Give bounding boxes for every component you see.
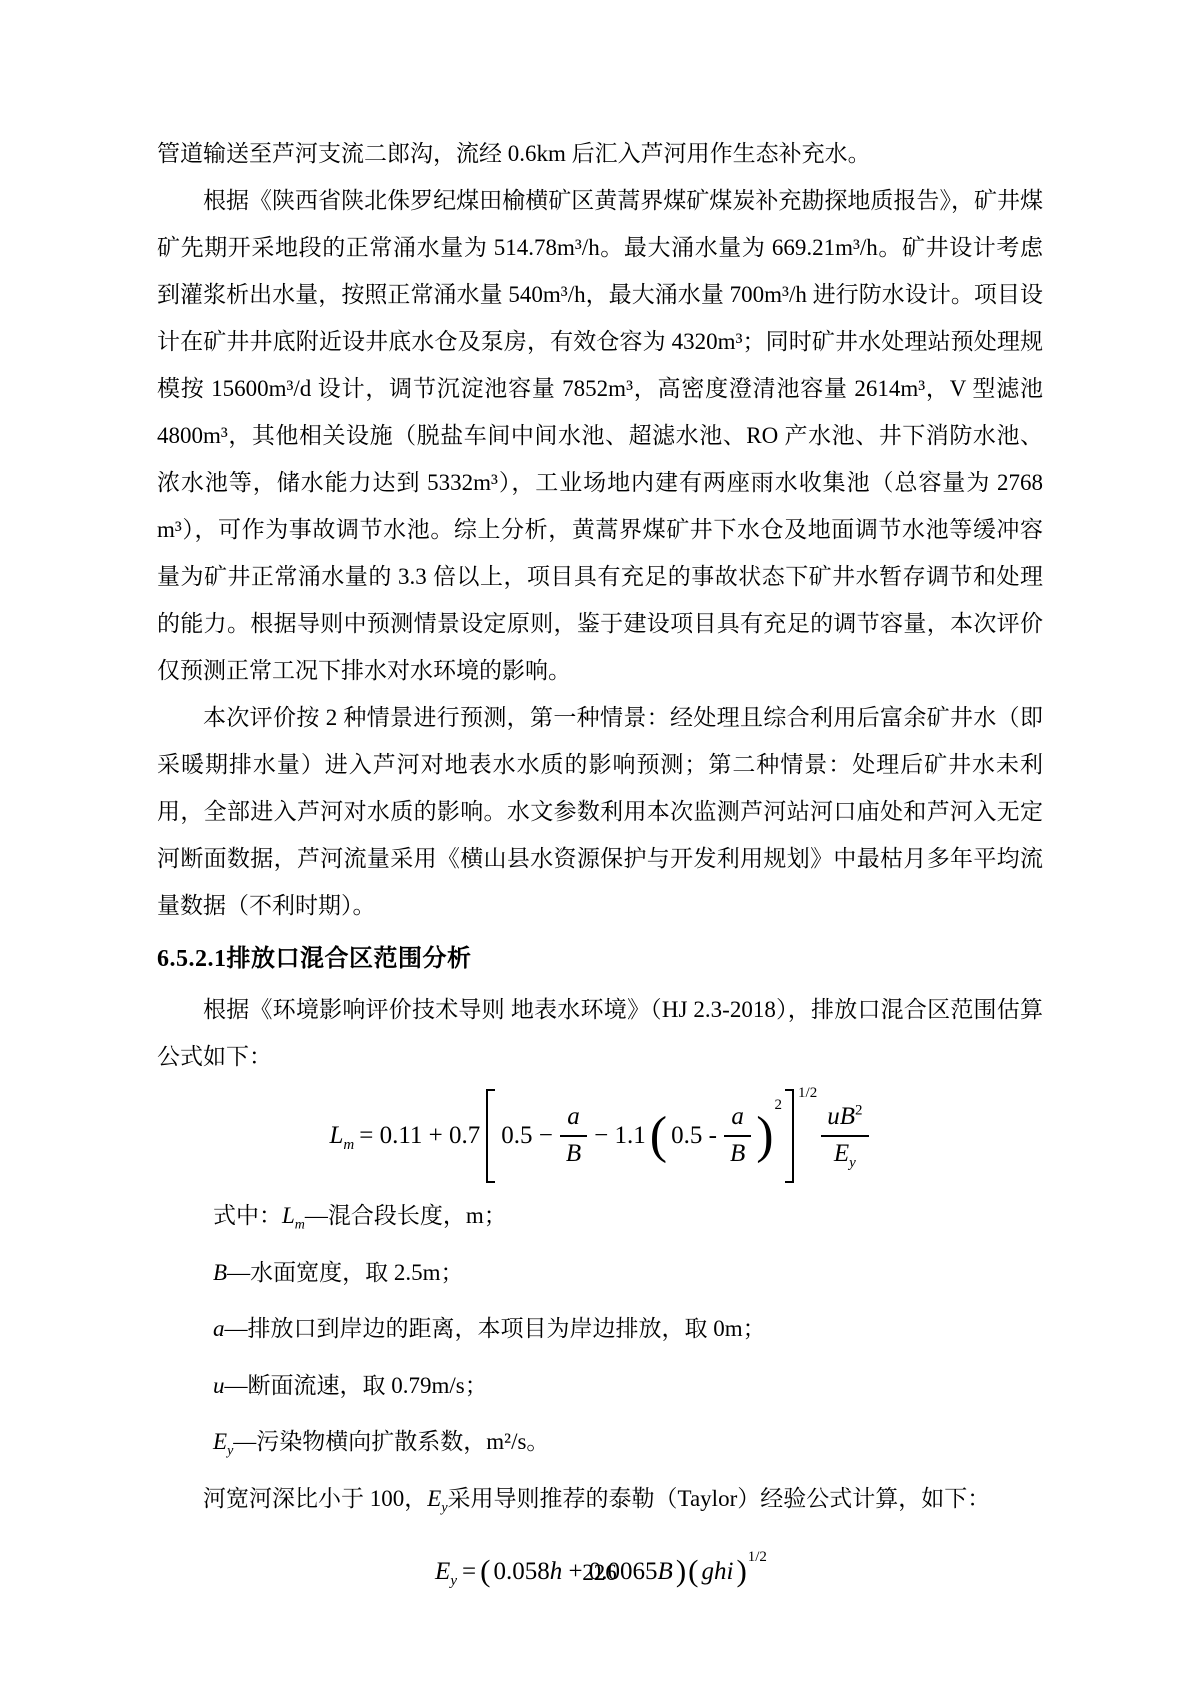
definition-u: u—断面流速，取 0.79m/s； [213, 1362, 1043, 1419]
formula-lhs: Lm [330, 1122, 355, 1150]
fraction-denominator: B [560, 1137, 587, 1169]
var-u: u [213, 1373, 225, 1398]
fraction-numerator: a [724, 1103, 751, 1137]
definition-a: a—排放口到岸边的距离，本项目为岸边排放，取 0m； [213, 1305, 1043, 1362]
formula-term3: 0.5 - [671, 1122, 717, 1150]
paragraph-taylor-formula-intro: 河宽河深比小于 100，Ey采用导则推荐的泰勒（Taylor）经验公式计算，如下… [157, 1475, 1043, 1532]
formula-mixing-zone-length: Lm = 0.11 + 0.7 0.5 − a B − 1.1 ( 0.5 - … [157, 1084, 1043, 1188]
fraction-a-over-B-1: a B [560, 1103, 587, 1169]
section-heading-6-5-2-1: 6.5.2.1排放口混合区范围分析 [157, 937, 1043, 982]
fraction-numerator: a [560, 1103, 587, 1137]
page-number: 226 [0, 1560, 1199, 1586]
symbol-definitions: 式中：Lm—混合段长度，m； B—水面宽度，取 2.5m； a—排放口到岸边的距… [213, 1192, 1043, 1475]
var-a: a [213, 1316, 225, 1341]
definition-Ey: Ey—污染物横向扩散系数，m²/s。 [213, 1418, 1043, 1475]
var-E-subscript: y [849, 1155, 856, 1171]
left-square-bracket [486, 1089, 495, 1183]
definition-Lm: 式中：Lm—混合段长度，m； [213, 1192, 1043, 1249]
var-uB: uB [827, 1103, 855, 1130]
definition-B: B—水面宽度，取 2.5m； [213, 1249, 1043, 1306]
fraction-denominator: Ey [821, 1137, 868, 1169]
defs-prefix: 式中： [213, 1203, 282, 1228]
var-E: E [834, 1140, 849, 1167]
taylor-intro-post: 采用导则推荐的泰勒（Taylor）经验公式计算，如下： [448, 1486, 991, 1511]
right-square-bracket [785, 1089, 794, 1183]
paragraph-geology-report: 根据《陕西省陕北侏罗纪煤田榆横矿区黄蒿界煤矿煤炭补充勘探地质报告》，矿井煤矿先期… [157, 177, 1043, 694]
big-left-paren: ( [650, 1122, 667, 1151]
fraction-denominator: B [724, 1137, 751, 1169]
big-right-paren: ) [756, 1122, 773, 1151]
var-B: B [213, 1260, 227, 1285]
var-Lm: L [330, 1122, 344, 1149]
formula-term1: 0.5 − [501, 1122, 553, 1150]
paragraph-pipeline-continuation: 管道输送至芦河支流二郎沟，流经 0.6km 后汇入芦河用作生态补充水。 [157, 130, 1043, 177]
definition-text: —水面宽度，取 2.5m； [227, 1260, 463, 1285]
definition-text: —混合段长度，m； [305, 1203, 507, 1228]
fraction-a-over-B-2: a B [724, 1103, 751, 1169]
paragraph-prediction-scenarios: 本次评价按 2 种情景进行预测，第一种情景：经处理且综合利用后富余矿井水（即采暖… [157, 694, 1043, 929]
uB-squared: 2 [855, 1103, 863, 1119]
var-L-subscript: m [295, 1218, 305, 1233]
definition-text: —排放口到岸边的距离，本项目为岸边排放，取 0m； [225, 1316, 766, 1341]
taylor-intro-pre: 河宽河深比小于 100， [203, 1486, 427, 1511]
var-Lm-subscript: m [343, 1137, 354, 1153]
superscript-one-half: 1/2 [798, 1086, 817, 1101]
document-page: 管道输送至芦河支流二郎沟，流经 0.6km 后汇入芦河用作生态补充水。 根据《陕… [0, 0, 1199, 1696]
fraction-numerator: uB2 [821, 1103, 868, 1137]
definition-text: —污染物横向扩散系数，m²/s。 [233, 1429, 549, 1454]
page-content: 管道输送至芦河支流二郎沟，流经 0.6km 后汇入芦河用作生态补充水。 根据《陕… [157, 130, 1043, 1598]
var-E-inline: E [427, 1486, 441, 1511]
superscript-squared: 2 [775, 1098, 783, 1113]
definition-text: —断面流速，取 0.79m/s； [225, 1373, 488, 1398]
paragraph-guideline-reference: 根据《环境影响评价技术导则 地表水环境》（HJ 2.3-2018），排放口混合区… [157, 986, 1043, 1080]
var-L: L [282, 1203, 295, 1228]
formula-coefficients: = 0.11 + 0.7 [359, 1122, 480, 1150]
fraction-uB2-over-Ey: uB2 Ey [821, 1103, 868, 1169]
var-E: E [213, 1429, 227, 1454]
formula-term2: − 1.1 [594, 1122, 646, 1150]
